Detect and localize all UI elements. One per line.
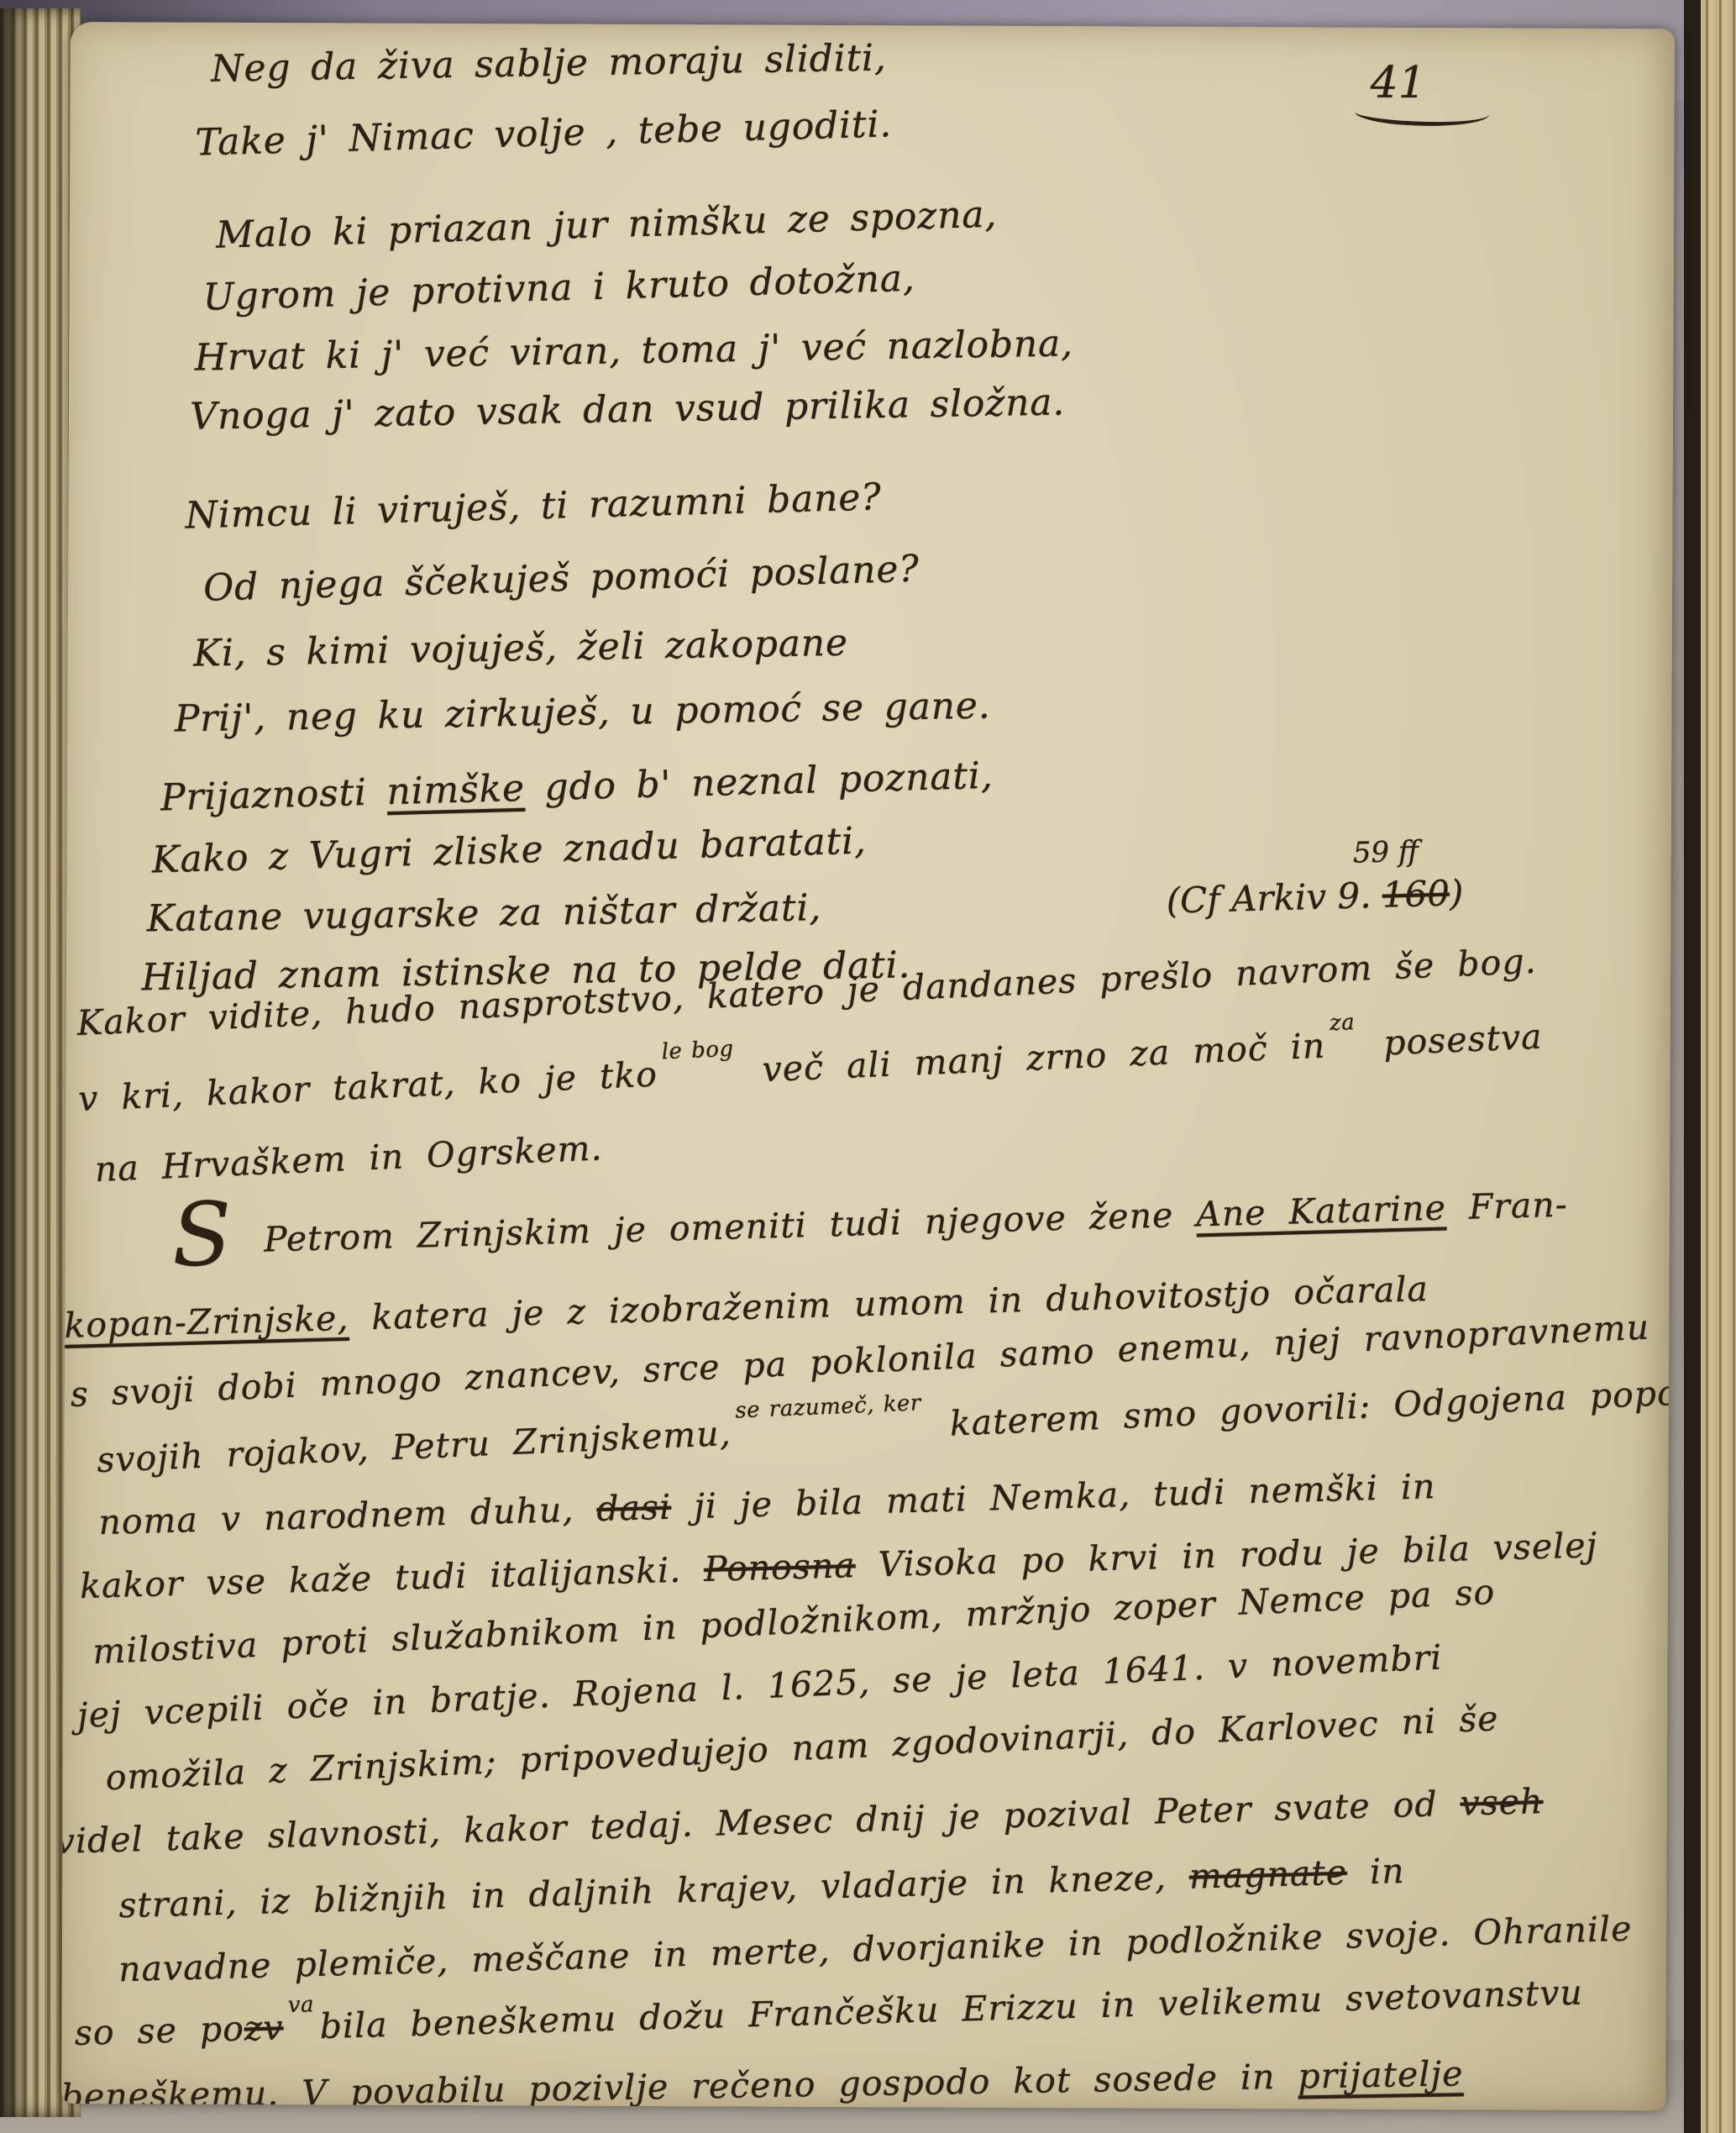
page-number: 41 (1371, 58, 1426, 108)
book-fore-edge-right (1701, 0, 1736, 2133)
prose-text: kakor vse kaže tudi italijanski. (79, 1549, 704, 1606)
prose-line: na Hrvaškem in Ogrskem. (94, 1127, 603, 1190)
underlined-name: kopan-Zrinjske, (64, 1298, 349, 1346)
citation-text: (Cf Arkiv 9. (1166, 875, 1382, 922)
prose-text: beneškemu. V povabilu pozivlje rečeno go… (61, 2057, 1298, 2111)
struck-word: dasi (596, 1487, 672, 1529)
photograph-of-manuscript: { "page": { "number": "41" }, "poem": { … (0, 0, 1736, 2133)
inserted-word: za (1329, 1010, 1355, 1036)
struck-letters: zv (244, 2007, 284, 2048)
prose-text: take slavnosti, kakor tedaj. Mesec dnij … (143, 1784, 1461, 1859)
struck-word: magnate (1188, 1852, 1347, 1897)
prose-text: ji je bila mati Nemka, tudi nemški in (671, 1466, 1436, 1527)
prose-text: so se po (74, 2009, 244, 2053)
prose-text: bila beneškemu dožu Frančešku Erizzu (319, 1986, 1078, 2046)
underlined-word: prijatelje (1298, 2053, 1464, 2096)
poem-line: Hrvat ki j' već viran, toma j' već nazlo… (194, 322, 1073, 379)
prose-text: v kri, kakor takrat, ko je tko (77, 1054, 658, 1119)
poem-text: gdo b' neznal poznati, (524, 754, 994, 810)
prose-text: več ali manj zrno za moč in (739, 1026, 1327, 1091)
prose-text: strani, iz bližnjih in daljnih krajev, v… (118, 1857, 1190, 1925)
prose-text: noma v narodnem duhu, (98, 1489, 597, 1542)
prose-text: Petrom Zrinjskim je omeniti tudi njegove… (240, 1195, 1196, 1261)
prose-text: Fran- (1445, 1185, 1568, 1228)
inserted-letters: va (287, 1992, 314, 2018)
poem-line: Kako z Vugri zliske znadu baratati, (151, 819, 867, 881)
poem-line: Od njega ščekuješ pomoći poslane? (203, 548, 920, 610)
struck-word: vseh (1460, 1781, 1544, 1824)
poem-line: Ki, s kimi vojuješ, želi zakopane (193, 622, 848, 675)
margin-citation: (Cf Arkiv 9. 160) 59 ff (1166, 872, 1464, 922)
poem-line: Katane vugarske za ništar držati, (146, 886, 821, 940)
prose-text: in (1346, 1851, 1405, 1893)
prose-line: beneškemu. V povabilu pozivlje rečeno go… (61, 2053, 1464, 2110)
prose-line: videl take slavnosti, kakor tedaj. Mesec… (61, 1781, 1544, 1862)
flourished-initial: S (170, 1183, 234, 1287)
manuscript-page: 41 Neg da živa sablje moraju sliditi, Ta… (61, 22, 1675, 2110)
underlined-word: nimške (386, 767, 526, 813)
prose-text: svojih rojakov, Petru Zrinjskemu, (96, 1413, 732, 1480)
poem-line: Prij', neg ku zirkuješ, u pomoć se gane. (174, 684, 990, 740)
poem-line: Malo ki priazan jur nimšku ze spozna, (215, 193, 997, 257)
poem-line: Neg da živa sablje moraju sliditi, (211, 36, 887, 90)
book-gutter-seam-right (1684, 0, 1701, 2133)
prose-line: S Petrom Zrinjskim je omeniti tudi njego… (171, 1185, 1568, 1263)
struck-number: 160 (1382, 873, 1450, 916)
prose-text: posestva (1360, 1017, 1543, 1064)
inserted-word: se razumeč, ker (735, 1390, 922, 1423)
poem-line: Prijaznosti nimške gdo b' neznal poznati… (160, 754, 994, 820)
margin-word: videl (61, 1819, 144, 1862)
poem-line: Nimcu li viruješ, ti razumni bane? (185, 475, 882, 537)
poem-line: Ugrom je protivna i kruto dotožna, (202, 257, 915, 319)
underlined-name: Ane Katarine (1196, 1188, 1447, 1235)
citation-close: ) (1449, 872, 1464, 913)
struck-word: Ponosna (703, 1545, 856, 1589)
inserted-word: le bog (661, 1037, 734, 1065)
citation-superscript: 59 ff (1352, 835, 1419, 870)
prose-line: strani, iz bližnjih in daljnih krajev, v… (118, 1851, 1405, 1925)
prose-text: katerem smo govorili: Odgojena popol- (926, 1371, 1675, 1444)
poem-line: Take j' Nimac volje , tebe ugoditi. (195, 102, 893, 164)
poem-text: Prijaznosti (160, 770, 387, 819)
prose-line: noma v narodnem duhu, dasi ji je bila ma… (98, 1466, 1436, 1542)
poem-line: Vnoga j' zato vsak dan vsud prilika slož… (190, 381, 1066, 438)
prose-text: in velikemu svetovanstvu (1078, 1972, 1583, 2025)
